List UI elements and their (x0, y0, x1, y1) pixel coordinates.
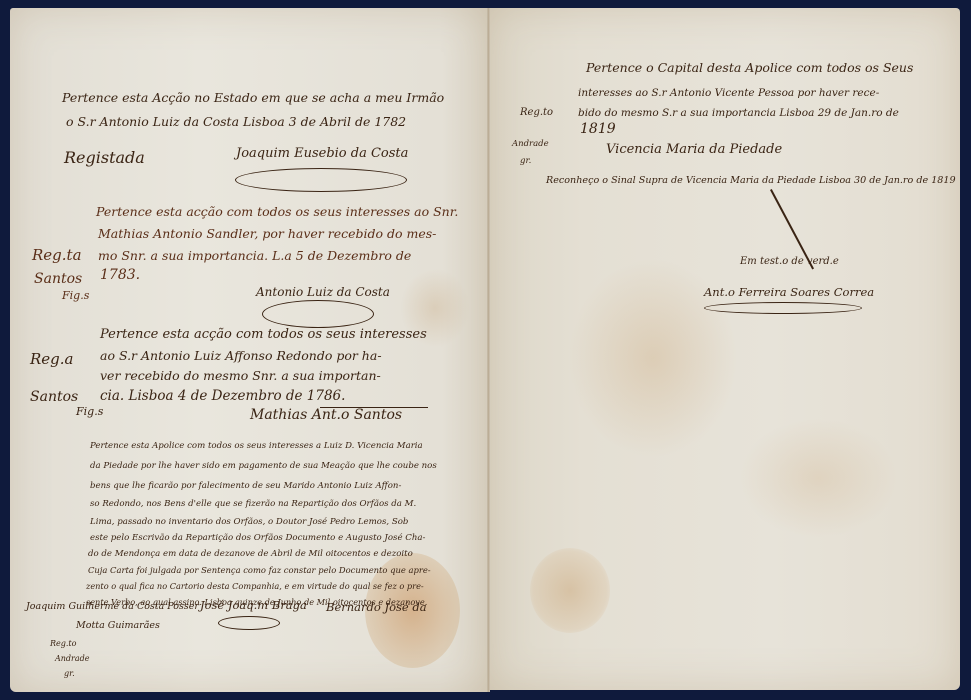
entry4-line3: bens que lhe ficarão por falecimento de … (90, 482, 401, 491)
right-entry1-signature: Vicencia Maria da Piedade (606, 143, 782, 156)
page-fold (487, 8, 490, 692)
entry4-signature-4: Motta Guimarães (76, 621, 160, 631)
entry4-line2: da Piedade por lhe haver sido em pagamen… (90, 462, 437, 471)
right-entry2-signature-2: Ant.o Ferreira Soares Correa (704, 287, 874, 299)
entry3-line1: Pertence esta acção com todos os seus in… (100, 328, 427, 341)
entry4-line8: Cuja Carta foi julgada por Sentença como… (88, 566, 431, 574)
entry4-signature-3: Bernardo José da (326, 602, 427, 614)
entry3-line3: ver recebido do mesmo Snr. a sua importa… (100, 370, 381, 383)
right-entry1-margin-3: gr. (520, 157, 531, 166)
entry2-signature: Antonio Luiz da Costa (256, 286, 390, 298)
entry4-margin-3: gr. (64, 670, 75, 678)
entry1-line2: o S.r Antonio Luiz da Costa Lisboa 3 de … (66, 116, 406, 129)
entry1-signature: Joaquim Eusebio da Costa (236, 147, 408, 160)
entry4-line5: Lima, passado no inventario dos Orfãos, … (90, 518, 408, 527)
right-entry1-line2: interesses ao S.r Antonio Vicente Pessoa… (578, 88, 879, 99)
water-stain (530, 548, 610, 633)
entry1-margin-note: Registada (64, 150, 145, 166)
right-entry1-line4: 1819 (580, 122, 616, 136)
entry4-line6: este pelo Escrivão da Repartição dos Orf… (90, 534, 425, 543)
entry4-signature-2: José Joaq.m Braga (200, 600, 307, 612)
right-entry1-line1: Pertence o Capital desta Apolice com tod… (586, 62, 913, 75)
entry2-margin-2: Santos (34, 272, 82, 286)
signature-flourish (235, 168, 407, 192)
signature-flourish (218, 616, 280, 630)
right-entry2-signature-1: Em test.o de verd.e (740, 257, 839, 267)
entry3-line2: ao S.r Antonio Luiz Affonso Redondo por … (100, 350, 382, 363)
entry3-margin-2: Santos (30, 390, 78, 404)
right-entry1-margin-2: Andrade (512, 140, 549, 149)
entry3-margin-1: Reg.a (30, 352, 73, 367)
entry3-line4: cia. Lisboa 4 de Dezembro de 1786. (100, 390, 345, 404)
right-entry2-line1: Reconheço o Sinal Supra de Vicencia Mari… (546, 176, 956, 186)
foxing-stain (738, 418, 898, 538)
entry2-line3: mo Snr. a sua importancia. L.a 5 de Deze… (98, 250, 411, 263)
entry4-margin-1: Reg.to (50, 640, 76, 648)
entry2-margin-1: Reg.ta (32, 248, 82, 263)
right-entry1-margin-1: Reg.to (520, 108, 553, 118)
entry3-signature: Mathias Ant.o Santos (250, 408, 402, 422)
entry4-line4: so Redondo, nos Bens d'elle que se fizer… (90, 500, 416, 509)
entry4-line9: zento o qual fica no Cartorio desta Comp… (86, 582, 424, 590)
signature-flourish (704, 302, 862, 314)
entry4-line7: do de Mendonça em data de dezanove de Ab… (88, 550, 413, 559)
entry3-margin-3: Fig.s (76, 406, 103, 417)
entry4-line1: Pertence esta Apolice com todos os seus … (90, 442, 423, 451)
entry1-line1: Pertence esta Acção no Estado em que se … (62, 92, 444, 105)
entry2-line4: 1783. (100, 268, 140, 282)
entry2-line2: Mathias Antonio Sandler, por haver receb… (98, 228, 436, 241)
entry4-signature-1: Joaquim Guilherme da Costa Posser (26, 602, 199, 612)
right-entry1-line3: bido do mesmo S.r a sua importancia Lisb… (578, 108, 899, 119)
entry4-margin-2: Andrade (55, 655, 90, 663)
entry2-margin-3: Fig.s (62, 290, 89, 301)
entry2-line1: Pertence esta acção com todos os seus in… (96, 206, 458, 219)
signature-flourish (262, 300, 374, 328)
